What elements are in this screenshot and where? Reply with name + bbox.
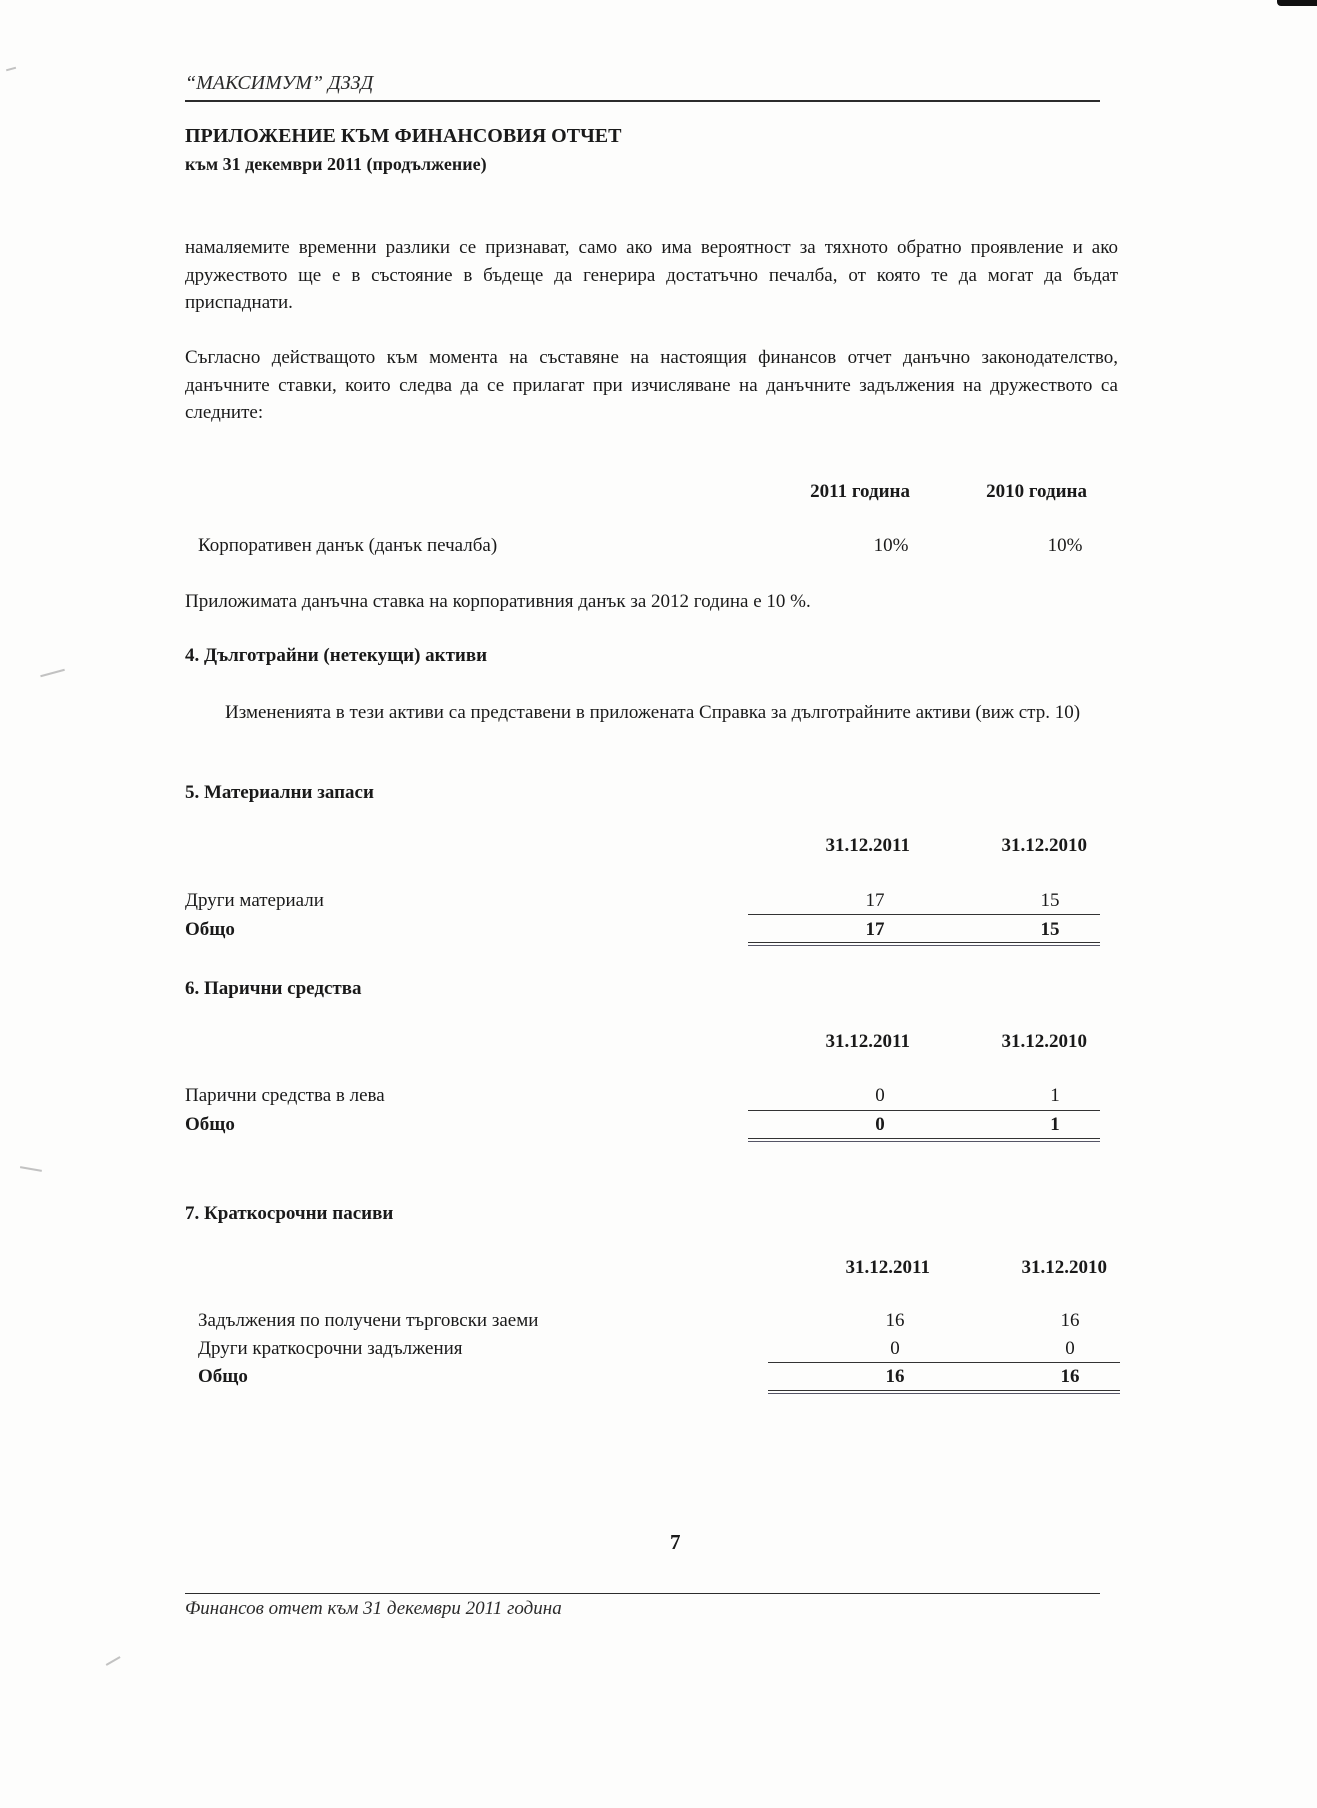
s5-subtotal-rule bbox=[748, 914, 1100, 915]
scan-edge-mark bbox=[1277, 0, 1317, 6]
company-name: “МАКСИМУМ” ДЗЗД bbox=[185, 72, 373, 95]
section-7-heading: 7. Краткосрочни пасиви bbox=[185, 1203, 393, 1225]
s5-row-label: Други материали bbox=[185, 890, 324, 912]
s6-col-2011: 31.12.2011 bbox=[760, 1031, 910, 1053]
tax-value-2010: 10% bbox=[1025, 535, 1105, 557]
section-4-heading: 4. Дълготрайни (нетекущи) активи bbox=[185, 645, 487, 667]
page-subtitle: към 31 декември 2011 (продължение) bbox=[185, 154, 487, 175]
section-6-heading: 6. Парични средства bbox=[185, 978, 361, 1000]
section-4-text: Измененията в тези активи са представени… bbox=[185, 699, 1118, 727]
page-number: 7 bbox=[670, 1530, 681, 1555]
s5-total-2011: 17 bbox=[835, 919, 915, 941]
s7-col-2011: 31.12.2011 bbox=[780, 1257, 930, 1279]
tax-value-2011: 10% bbox=[851, 535, 931, 557]
s7-total-2010: 16 bbox=[1030, 1366, 1110, 1388]
s5-col-2011: 31.12.2011 bbox=[760, 835, 910, 857]
s6-col-2010: 31.12.2010 bbox=[935, 1031, 1087, 1053]
s5-total-2010: 15 bbox=[1010, 919, 1090, 941]
s5-row-value-2011: 17 bbox=[835, 890, 915, 912]
footer-text: Финансов отчет към 31 декември 2011 годи… bbox=[185, 1598, 562, 1620]
s5-col-2010: 31.12.2010 bbox=[935, 835, 1087, 857]
s6-row-value-2010: 1 bbox=[1015, 1085, 1095, 1107]
scan-speck bbox=[6, 67, 16, 71]
tax-col-2011: 2011 година bbox=[760, 481, 910, 503]
scan-speck bbox=[40, 669, 65, 677]
s6-total-rule bbox=[748, 1138, 1100, 1142]
s6-row-value-2011: 0 bbox=[840, 1085, 920, 1107]
s6-total-label: Общо bbox=[185, 1114, 235, 1136]
s7-col-2010: 31.12.2010 bbox=[955, 1257, 1107, 1279]
s7-total-2011: 16 bbox=[855, 1366, 935, 1388]
paragraph-tax-legislation: Съгласно действащото към момента на съст… bbox=[185, 344, 1118, 427]
s7-row-1-value-2011: 16 bbox=[855, 1310, 935, 1332]
s7-subtotal-rule bbox=[768, 1362, 1120, 1363]
footer-rule bbox=[185, 1593, 1100, 1594]
header-rule bbox=[185, 100, 1100, 102]
scan-speck bbox=[20, 1166, 42, 1171]
s6-total-2010: 1 bbox=[1015, 1114, 1095, 1136]
s5-total-rule bbox=[748, 942, 1100, 946]
s7-row-2-value-2011: 0 bbox=[855, 1338, 935, 1360]
s6-subtotal-rule bbox=[748, 1110, 1100, 1111]
page-title: ПРИЛОЖЕНИЕ КЪМ ФИНАНСОВИЯ ОТЧЕТ bbox=[185, 125, 621, 148]
s7-row-2-label: Други краткосрочни задължения bbox=[198, 1338, 463, 1360]
tax-row-label: Корпоративен данък (данък печалба) bbox=[198, 535, 497, 557]
s5-total-label: Общо bbox=[185, 919, 235, 941]
s6-total-2011: 0 bbox=[840, 1114, 920, 1136]
s7-total-label: Общо bbox=[198, 1366, 248, 1388]
s5-row-value-2010: 15 bbox=[1010, 890, 1090, 912]
s7-total-rule bbox=[768, 1390, 1120, 1394]
s7-row-2-value-2010: 0 bbox=[1030, 1338, 1110, 1360]
s6-row-label: Парични средства в лева bbox=[185, 1085, 385, 1107]
s7-row-1-value-2010: 16 bbox=[1030, 1310, 1110, 1332]
tax-note: Приложимата данъчна ставка на корпоратив… bbox=[185, 591, 811, 613]
paragraph-deferred-tax: намаляемите временни разлики се признава… bbox=[185, 234, 1118, 317]
scan-speck bbox=[106, 1656, 121, 1665]
section-5-heading: 5. Материални запаси bbox=[185, 782, 374, 804]
s7-row-1-label: Задължения по получени търговски заеми bbox=[198, 1310, 538, 1332]
tax-col-2010: 2010 година bbox=[935, 481, 1087, 503]
